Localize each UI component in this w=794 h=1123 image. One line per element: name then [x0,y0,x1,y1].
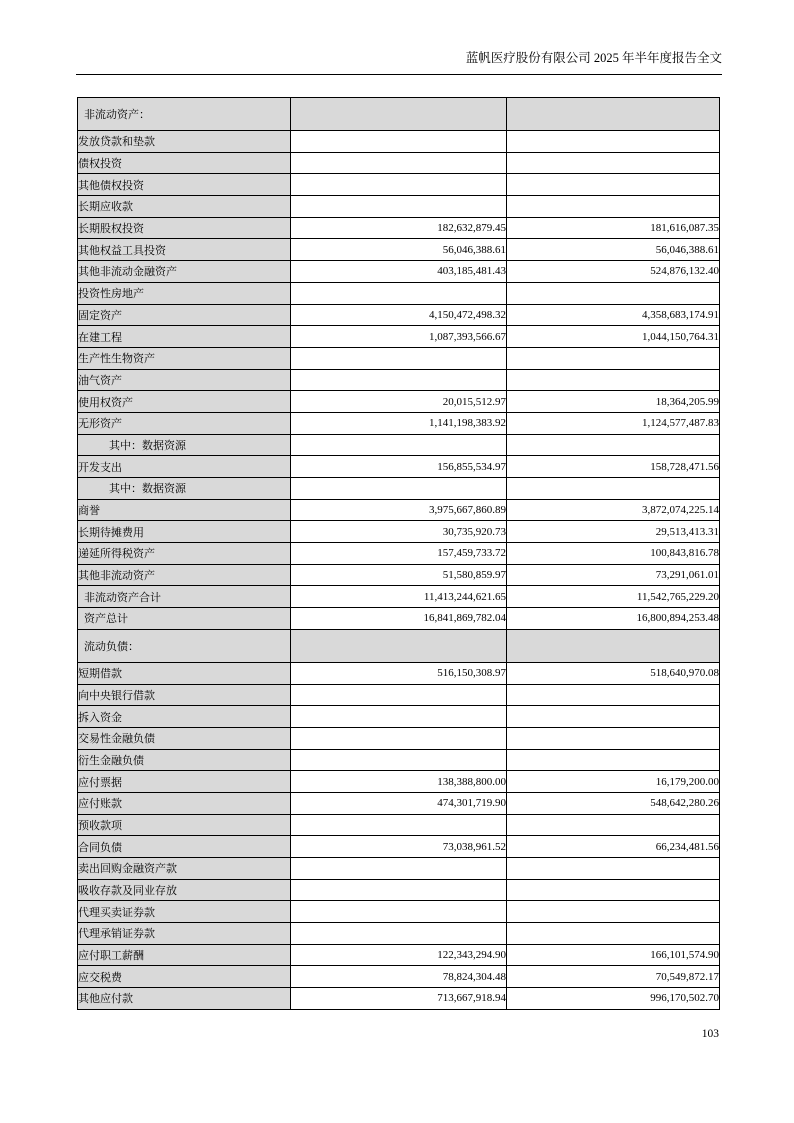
value-prior-period: 1,124,577,487.83 [507,412,720,434]
value-current-period [291,152,507,174]
table-row: 衍生金融负债 [78,749,720,771]
row-label: 其他非流动资产 [78,564,291,586]
value-current-period: 56,046,388.61 [291,239,507,261]
header-divider [76,74,722,75]
table-row: 其他非流动金融资产 403,185,481.43 524,876,132.40 [78,261,720,283]
row-label: 其中：数据资源 [78,478,291,500]
value-prior-period: 66,234,481.56 [507,836,720,858]
value-current-period: 16,841,869,782.04 [291,608,507,630]
value-prior-period [507,369,720,391]
value-current-period: 51,580,859.97 [291,564,507,586]
value-prior-period [507,706,720,728]
report-title: 蓝帆医疗股份有限公司 2025 年半年度报告全文 [466,51,722,65]
value-prior-period [507,196,720,218]
row-label: 使用权资产 [78,391,291,413]
row-label: 其他权益工具投资 [78,239,291,261]
value-current-period [291,814,507,836]
value-current-period: 157,459,733.72 [291,543,507,565]
value-current-period: 20,015,512.97 [291,391,507,413]
value-current-period [291,684,507,706]
row-label: 拆入资金 [78,706,291,728]
value-current-period: 73,038,961.52 [291,836,507,858]
value-prior-period [507,282,720,304]
row-label: 长期股权投资 [78,217,291,239]
row-label: 其中：数据资源 [78,434,291,456]
value-current-period [291,434,507,456]
table-row: 长期待摊费用 30,735,920.73 29,513,413.31 [78,521,720,543]
table-row: 固定资产 4,150,472,498.32 4,358,683,174.91 [78,304,720,326]
row-label: 预收款项 [78,814,291,836]
value-current-period: 138,388,800.00 [291,771,507,793]
row-label: 卖出回购金融资产款 [78,858,291,880]
value-prior-period: 100,843,816.78 [507,543,720,565]
value-prior-period [507,749,720,771]
table-row: 其中：数据资源 [78,434,720,456]
row-label: 应交税费 [78,966,291,988]
value-prior-period [507,347,720,369]
row-label: 代理承销证券款 [78,923,291,945]
row-label: 发放贷款和垫款 [78,131,291,153]
table-row: 短期借款 516,150,308.97 518,640,970.08 [78,662,720,684]
row-label: 递延所得税资产 [78,543,291,565]
value-current-period: 182,632,879.45 [291,217,507,239]
value-current-period: 11,413,244,621.65 [291,586,507,608]
table-row: 发放贷款和垫款 [78,131,720,153]
value-current-period [291,282,507,304]
table-row: 交易性金融负债 [78,727,720,749]
value-current-period [291,749,507,771]
value-prior-period: 16,800,894,253.48 [507,608,720,630]
value-current-period [291,879,507,901]
table-row: 代理买卖证券款 [78,901,720,923]
value-prior-period: 29,513,413.31 [507,521,720,543]
value-current-period [291,196,507,218]
value-current-period [291,478,507,500]
value-current-period [291,131,507,153]
value-prior-period: 73,291,061.01 [507,564,720,586]
value-current-period: 474,301,719.90 [291,792,507,814]
value-prior-period [507,901,720,923]
value-current-period: 30,735,920.73 [291,521,507,543]
table-row: 向中央银行借款 [78,684,720,706]
table-row: 其他权益工具投资 56,046,388.61 56,046,388.61 [78,239,720,261]
value-prior-period [507,879,720,901]
row-label: 其他非流动金融资产 [78,261,291,283]
value-prior-period [507,152,720,174]
table-row: 其他债权投资 [78,174,720,196]
value-prior-period: 996,170,502.70 [507,988,720,1010]
value-prior-period: 70,549,872.17 [507,966,720,988]
table-row: 使用权资产 20,015,512.97 18,364,205.99 [78,391,720,413]
table-row: 非流动资产合计 11,413,244,621.65 11,542,765,229… [78,586,720,608]
value-prior-period: 181,616,087.35 [507,217,720,239]
row-label: 应付账款 [78,792,291,814]
row-label: 非流动资产合计 [78,586,291,608]
table-row: 资产总计 16,841,869,782.04 16,800,894,253.48 [78,608,720,630]
value-current-period: 78,824,304.48 [291,966,507,988]
value-prior-period: 16,179,200.00 [507,771,720,793]
value-prior-period [507,684,720,706]
row-label: 非流动资产： [78,98,291,131]
table-row: 其中：数据资源 [78,478,720,500]
value-current-period: 156,855,534.97 [291,456,507,478]
table-row: 开发支出 156,855,534.97 158,728,471.56 [78,456,720,478]
value-prior-period [507,629,720,662]
balance-sheet-table: 非流动资产： 发放贷款和垫款 债权投资 其他债权投资 长期应收款 长期股权投资 … [77,97,720,1010]
table-row: 预收款项 [78,814,720,836]
row-label: 短期借款 [78,662,291,684]
value-prior-period: 56,046,388.61 [507,239,720,261]
table-row: 长期应收款 [78,196,720,218]
row-label: 合同负债 [78,836,291,858]
value-prior-period: 11,542,765,229.20 [507,586,720,608]
table-row: 油气资产 [78,369,720,391]
row-label: 应付票据 [78,771,291,793]
table-row: 应付票据 138,388,800.00 16,179,200.00 [78,771,720,793]
row-label: 在建工程 [78,326,291,348]
value-current-period [291,858,507,880]
value-current-period [291,901,507,923]
table-row: 递延所得税资产 157,459,733.72 100,843,816.78 [78,543,720,565]
value-prior-period [507,478,720,500]
table-row: 代理承销证券款 [78,923,720,945]
value-current-period: 1,141,198,383.92 [291,412,507,434]
value-prior-period: 518,640,970.08 [507,662,720,684]
row-label: 代理买卖证券款 [78,901,291,923]
value-current-period: 122,343,294.90 [291,944,507,966]
table-row: 吸收存款及同业存放 [78,879,720,901]
row-label: 衍生金融负债 [78,749,291,771]
value-prior-period [507,858,720,880]
row-label: 固定资产 [78,304,291,326]
row-label: 吸收存款及同业存放 [78,879,291,901]
table-row: 其他非流动资产 51,580,859.97 73,291,061.01 [78,564,720,586]
value-prior-period: 548,642,280.26 [507,792,720,814]
value-prior-period [507,727,720,749]
table-row: 应付职工薪酬 122,343,294.90 166,101,574.90 [78,944,720,966]
table-row: 拆入资金 [78,706,720,728]
table-row: 流动负债： [78,629,720,662]
value-current-period: 3,975,667,860.89 [291,499,507,521]
table-row: 商誉 3,975,667,860.89 3,872,074,225.14 [78,499,720,521]
row-label: 债权投资 [78,152,291,174]
row-label: 其他债权投资 [78,174,291,196]
page-number: 103 [76,1028,719,1040]
value-current-period: 4,150,472,498.32 [291,304,507,326]
row-label: 向中央银行借款 [78,684,291,706]
value-current-period [291,369,507,391]
value-prior-period: 4,358,683,174.91 [507,304,720,326]
row-label: 流动负债： [78,629,291,662]
row-label: 应付职工薪酬 [78,944,291,966]
table-row: 生产性生物资产 [78,347,720,369]
table-row: 无形资产 1,141,198,383.92 1,124,577,487.83 [78,412,720,434]
table-row: 应交税费 78,824,304.48 70,549,872.17 [78,966,720,988]
value-current-period [291,706,507,728]
value-prior-period: 524,876,132.40 [507,261,720,283]
row-label: 开发支出 [78,456,291,478]
value-prior-period: 1,044,150,764.31 [507,326,720,348]
value-prior-period: 18,364,205.99 [507,391,720,413]
row-label: 商誉 [78,499,291,521]
row-label: 投资性房地产 [78,282,291,304]
value-prior-period: 158,728,471.56 [507,456,720,478]
value-prior-period: 3,872,074,225.14 [507,499,720,521]
report-header: 蓝帆医疗股份有限公司 2025 年半年度报告全文 [76,51,722,66]
value-current-period [291,629,507,662]
value-prior-period [507,814,720,836]
balance-sheet-body: 非流动资产： 发放贷款和垫款 债权投资 其他债权投资 长期应收款 长期股权投资 … [78,98,720,1010]
value-prior-period: 166,101,574.90 [507,944,720,966]
table-row: 应付账款 474,301,719.90 548,642,280.26 [78,792,720,814]
table-row: 卖出回购金融资产款 [78,858,720,880]
table-row: 合同负债 73,038,961.52 66,234,481.56 [78,836,720,858]
value-current-period: 1,087,393,566.67 [291,326,507,348]
row-label: 其他应付款 [78,988,291,1010]
row-label: 交易性金融负债 [78,727,291,749]
row-label: 生产性生物资产 [78,347,291,369]
value-current-period [291,347,507,369]
table-row: 债权投资 [78,152,720,174]
row-label: 长期待摊费用 [78,521,291,543]
row-label: 资产总计 [78,608,291,630]
row-label: 无形资产 [78,412,291,434]
value-prior-period [507,174,720,196]
table-row: 长期股权投资 182,632,879.45 181,616,087.35 [78,217,720,239]
value-prior-period [507,923,720,945]
value-current-period: 403,185,481.43 [291,261,507,283]
value-current-period [291,98,507,131]
table-row: 非流动资产： [78,98,720,131]
row-label: 长期应收款 [78,196,291,218]
document-page: 蓝帆医疗股份有限公司 2025 年半年度报告全文 非流动资产： 发放贷款和垫款 … [0,0,794,1123]
value-prior-period [507,434,720,456]
value-current-period [291,727,507,749]
value-current-period [291,174,507,196]
value-prior-period [507,131,720,153]
row-label: 油气资产 [78,369,291,391]
value-current-period [291,923,507,945]
value-prior-period [507,98,720,131]
table-row: 投资性房地产 [78,282,720,304]
value-current-period: 516,150,308.97 [291,662,507,684]
table-row: 在建工程 1,087,393,566.67 1,044,150,764.31 [78,326,720,348]
value-current-period: 713,667,918.94 [291,988,507,1010]
table-row: 其他应付款 713,667,918.94 996,170,502.70 [78,988,720,1010]
